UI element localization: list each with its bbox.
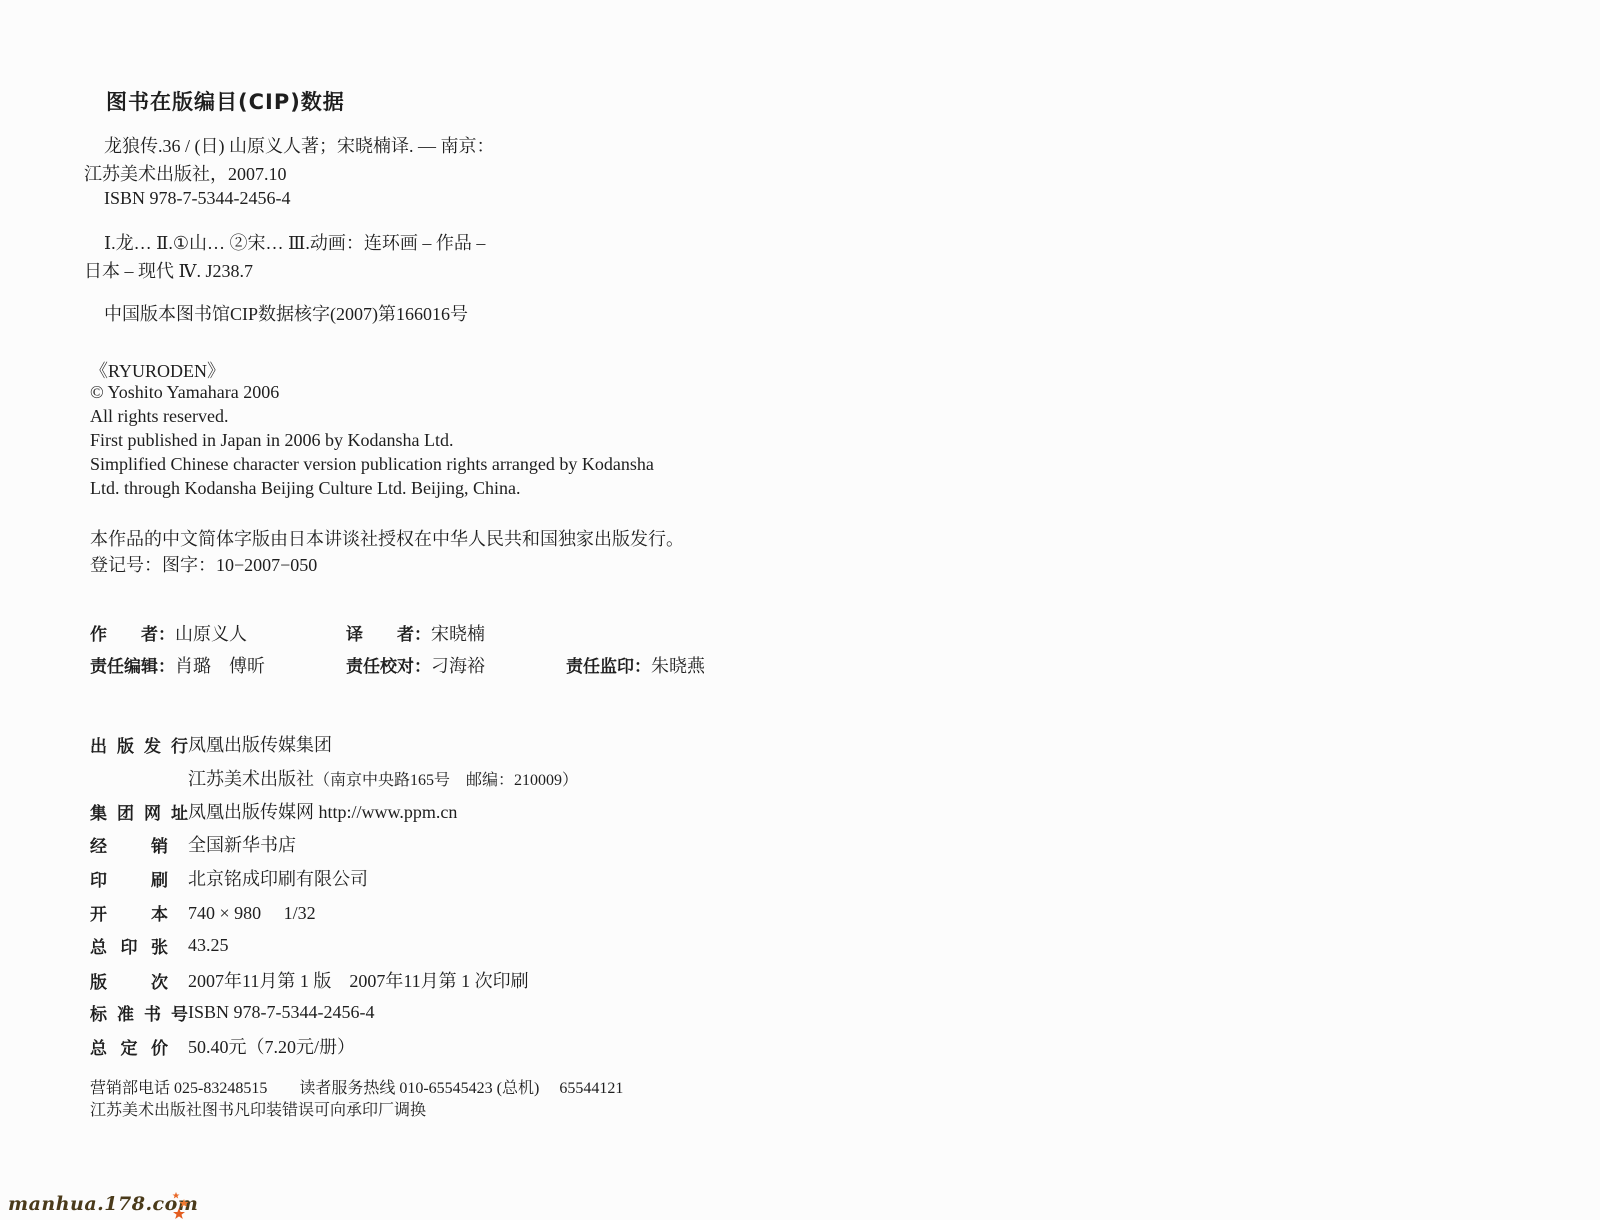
credit-print-supervisor-label: 责任监印：	[566, 657, 651, 677]
pub-row-price: 总定价 50.40元（7.20元/册）	[90, 1033, 355, 1059]
credit-editor-label: 责任编辑：	[90, 657, 175, 677]
pub-label: 标准书号	[90, 1000, 188, 1025]
credit-author: 作 者：山原义人	[90, 620, 247, 646]
pub-label: 经销	[90, 832, 168, 857]
pub-value: 北京铭成印刷有限公司	[188, 865, 368, 891]
pub-label: 版次	[90, 968, 168, 993]
rights-reserved: All rights reserved.	[90, 406, 228, 427]
credit-translator: 译 者：宋晓楠	[346, 620, 485, 646]
pub-row-format: 开本 740 × 980 1/32	[90, 899, 316, 925]
pub-label: 总定价	[90, 1034, 168, 1059]
cip-bibliographic-line-2: 江苏美术出版社，2007.10	[84, 160, 287, 186]
pub-value-address: （南京中央路165号 邮编：210009）	[314, 767, 578, 790]
pub-row-distributor: 经销 全国新华书店	[90, 831, 296, 857]
credit-proofreader-value: 刁海裕	[431, 656, 485, 676]
pub-label: 总印张	[90, 933, 168, 958]
pub-row-printer: 印刷 北京铭成印刷有限公司	[90, 865, 368, 891]
registration-number: 登记号：图字：10−2007−050	[90, 551, 317, 577]
pub-label: 开本	[90, 900, 168, 925]
credit-editor: 责任编辑：肖璐 傅昕	[90, 652, 265, 678]
cip-classification-line-1: Ⅰ.龙… Ⅱ.①山… ②宋… Ⅲ.动画：连环画 – 作品 –	[104, 229, 485, 255]
exchange-notice: 江苏美术出版社图书凡印装错误可向承印厂调换	[90, 1097, 426, 1120]
pub-label: 集团网址	[90, 799, 188, 824]
cip-record-number: 中国版本图书馆CIP数据核字(2007)第166016号	[104, 300, 468, 326]
credit-author-value: 山原义人	[175, 624, 247, 644]
pub-value-website: 凤凰出版传媒网 http://www.ppm.cn	[188, 798, 457, 824]
pub-value: ISBN 978-7-5344-2456-4	[188, 1002, 375, 1023]
pub-value: 2007年11月第 1 版 2007年11月第 1 次印刷	[188, 967, 529, 993]
license-statement: 本作品的中文简体字版由日本讲谈社授权在中华人民共和国独家出版发行。	[90, 525, 684, 551]
copyright-line: © Yoshito Yamahara 2006	[90, 382, 279, 403]
credit-print-supervisor: 责任监印：朱晓燕	[566, 652, 705, 678]
credit-editor-value: 肖璐 傅昕	[175, 656, 265, 676]
pub-value: 全国新华书店	[188, 831, 296, 857]
pub-value: 740 × 980 1/32	[188, 899, 316, 925]
pub-row-total-sheets: 总印张 43.25	[90, 932, 229, 958]
pub-label: 出版发行	[90, 732, 188, 757]
cip-classification-line-2: 日本 – 现代 Ⅳ. J238.7	[84, 257, 253, 283]
credit-author-label: 作 者：	[90, 625, 175, 645]
cip-bibliographic-line-1: 龙狼传.36 / (日) 山原义人著；宋晓楠译. — 南京：	[104, 132, 495, 158]
credit-translator-label: 译 者：	[346, 625, 431, 645]
pub-value: 凤凰出版传媒集团	[188, 731, 332, 757]
cip-title: 图书在版编目(CIP)数据	[106, 86, 345, 116]
credit-print-supervisor-value: 朱晓燕	[651, 656, 705, 676]
credit-translator-value: 宋晓楠	[431, 624, 485, 644]
pub-row-press: 江苏美术出版社（南京中央路165号 邮编：210009）	[90, 765, 578, 791]
contact-phone-line: 营销部电话 025-83248515 读者服务热线 010-65545423 (…	[90, 1075, 623, 1098]
pub-row-edition: 版次 2007年11月第 1 版 2007年11月第 1 次印刷	[90, 967, 529, 993]
pub-value: 江苏美术出版社	[188, 765, 314, 791]
pub-value: 50.40元（7.20元/册）	[188, 1033, 355, 1059]
credit-proofreader-label: 责任校对：	[346, 657, 431, 677]
star-decoration-icon	[171, 1190, 193, 1220]
pub-row-isbn: 标准书号 ISBN 978-7-5344-2456-4	[90, 999, 375, 1025]
pub-value: 43.25	[188, 935, 229, 956]
cip-isbn: ISBN 978-7-5344-2456-4	[104, 188, 291, 209]
pub-label: 印刷	[90, 866, 168, 891]
rights-arrangement-line-2: Ltd. through Kodansha Beijing Culture Lt…	[90, 478, 520, 499]
site-watermark: manhua.178.com	[8, 1193, 198, 1215]
pub-row-publisher: 出版发行 凤凰出版传媒集团	[90, 731, 332, 757]
pub-row-website: 集团网址 凤凰出版传媒网 http://www.ppm.cn	[90, 798, 457, 824]
credit-proofreader: 责任校对：刁海裕	[346, 652, 485, 678]
first-published: First published in Japan in 2006 by Koda…	[90, 430, 453, 451]
rights-arrangement-line-1: Simplified Chinese character version pub…	[90, 454, 654, 475]
original-title: 《RYURODEN》	[90, 357, 225, 383]
